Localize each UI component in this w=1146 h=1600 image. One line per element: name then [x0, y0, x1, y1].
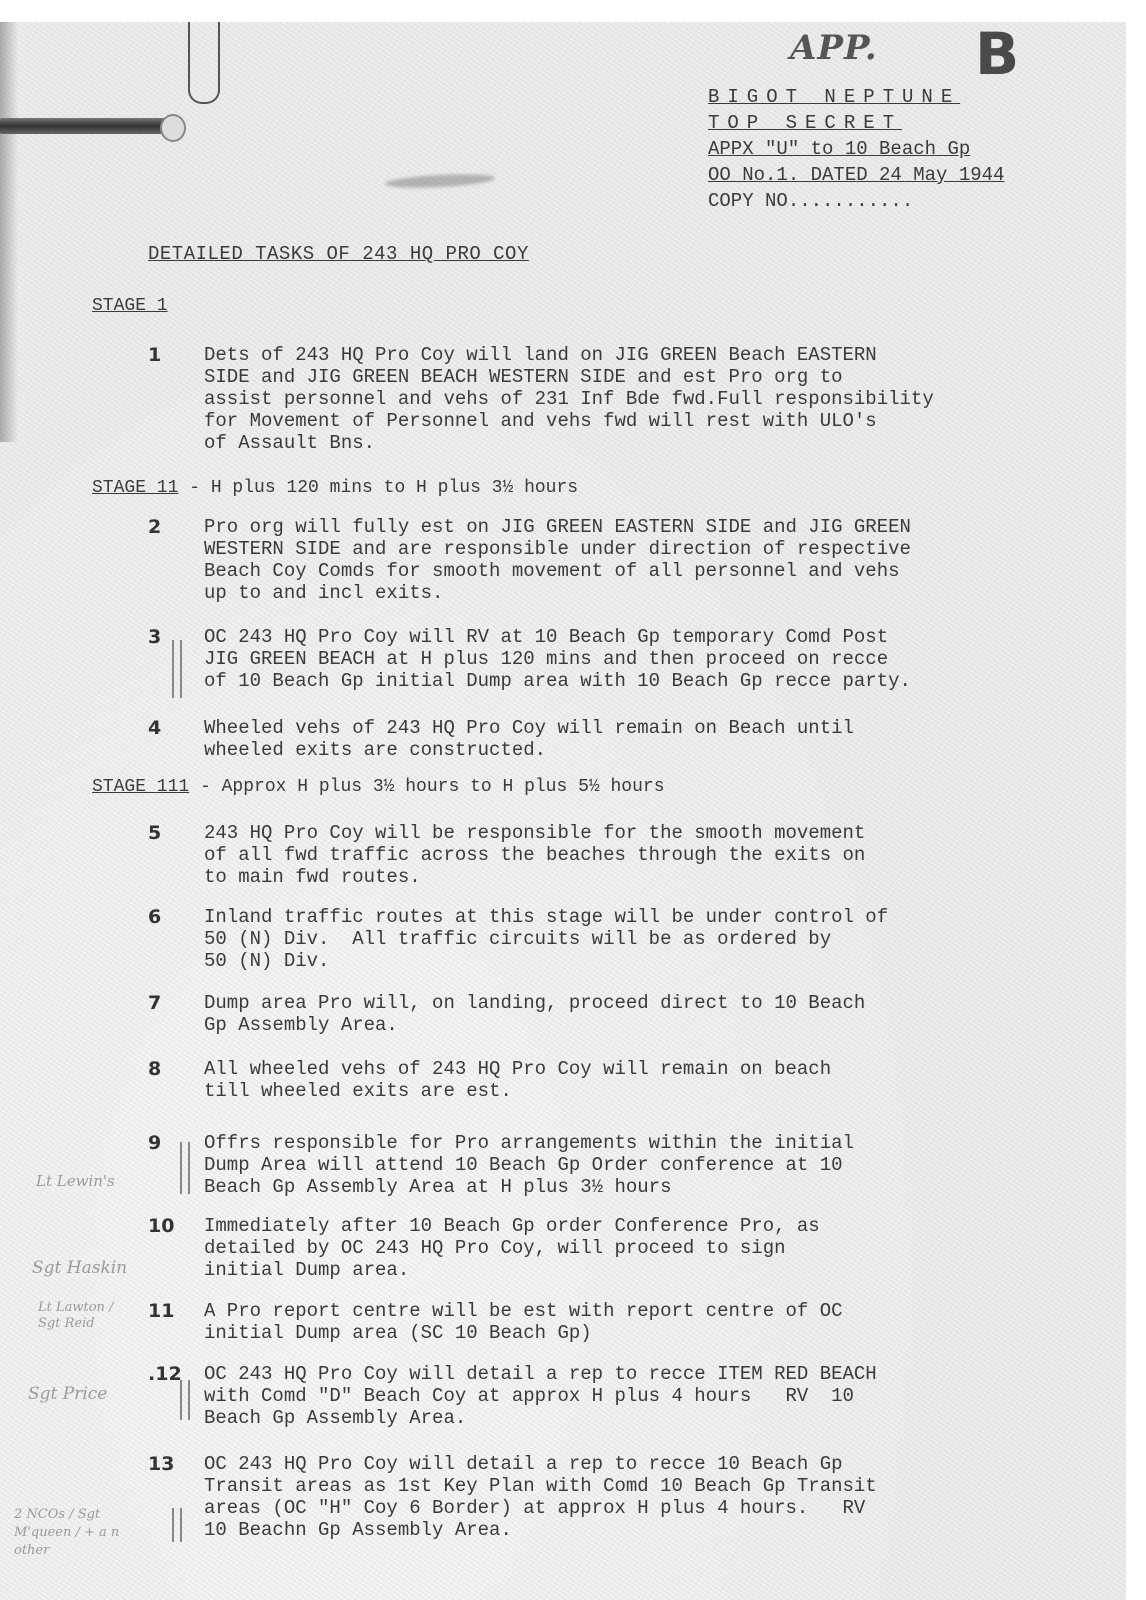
appendix-reference: APPX "U" to 10 Beach Gp — [708, 136, 1004, 162]
margin-note: Lt Lewin's — [36, 1172, 115, 1190]
classification-top-secret: TOP SECRET — [708, 110, 1004, 136]
margin-mark — [180, 1142, 190, 1194]
margin-mark — [172, 1508, 182, 1542]
margin-mark — [180, 1380, 190, 1420]
order-reference: OO No.1. DATED 24 May 1944 — [708, 162, 1004, 188]
margin-mark — [172, 640, 182, 698]
document-header: BIGOT NEPTUNE TOP SECRET APPX "U" to 10 … — [708, 84, 1004, 214]
copy-number: COPY NO........... — [708, 188, 1004, 214]
margin-note: 2 NCOs / Sgt M'queen / + a n other — [14, 1506, 154, 1560]
pin-icon — [0, 118, 168, 134]
margin-note: Lt Lawton / Sgt Reid — [38, 1300, 128, 1332]
handwritten-appendix-letter: B — [975, 20, 1019, 88]
pin-head-icon — [160, 114, 186, 142]
margin-note: Sgt Haskin — [32, 1258, 127, 1278]
margin-note: Sgt Price — [28, 1384, 107, 1404]
paperclip-icon — [188, 22, 220, 104]
document-title: DETAILED TASKS OF 243 HQ PRO COY — [148, 243, 529, 265]
page-shadow — [0, 22, 18, 442]
handwritten-appendix-note: APP. — [790, 28, 878, 68]
classification-bigot: BIGOT NEPTUNE — [708, 84, 1004, 110]
stage-heading: STAGE 1 — [92, 296, 168, 316]
stage-heading: STAGE 111 - Approx H plus 3½ hours to H … — [92, 777, 665, 797]
stage-heading: STAGE 11 - H plus 120 mins to H plus 3½ … — [92, 478, 578, 498]
